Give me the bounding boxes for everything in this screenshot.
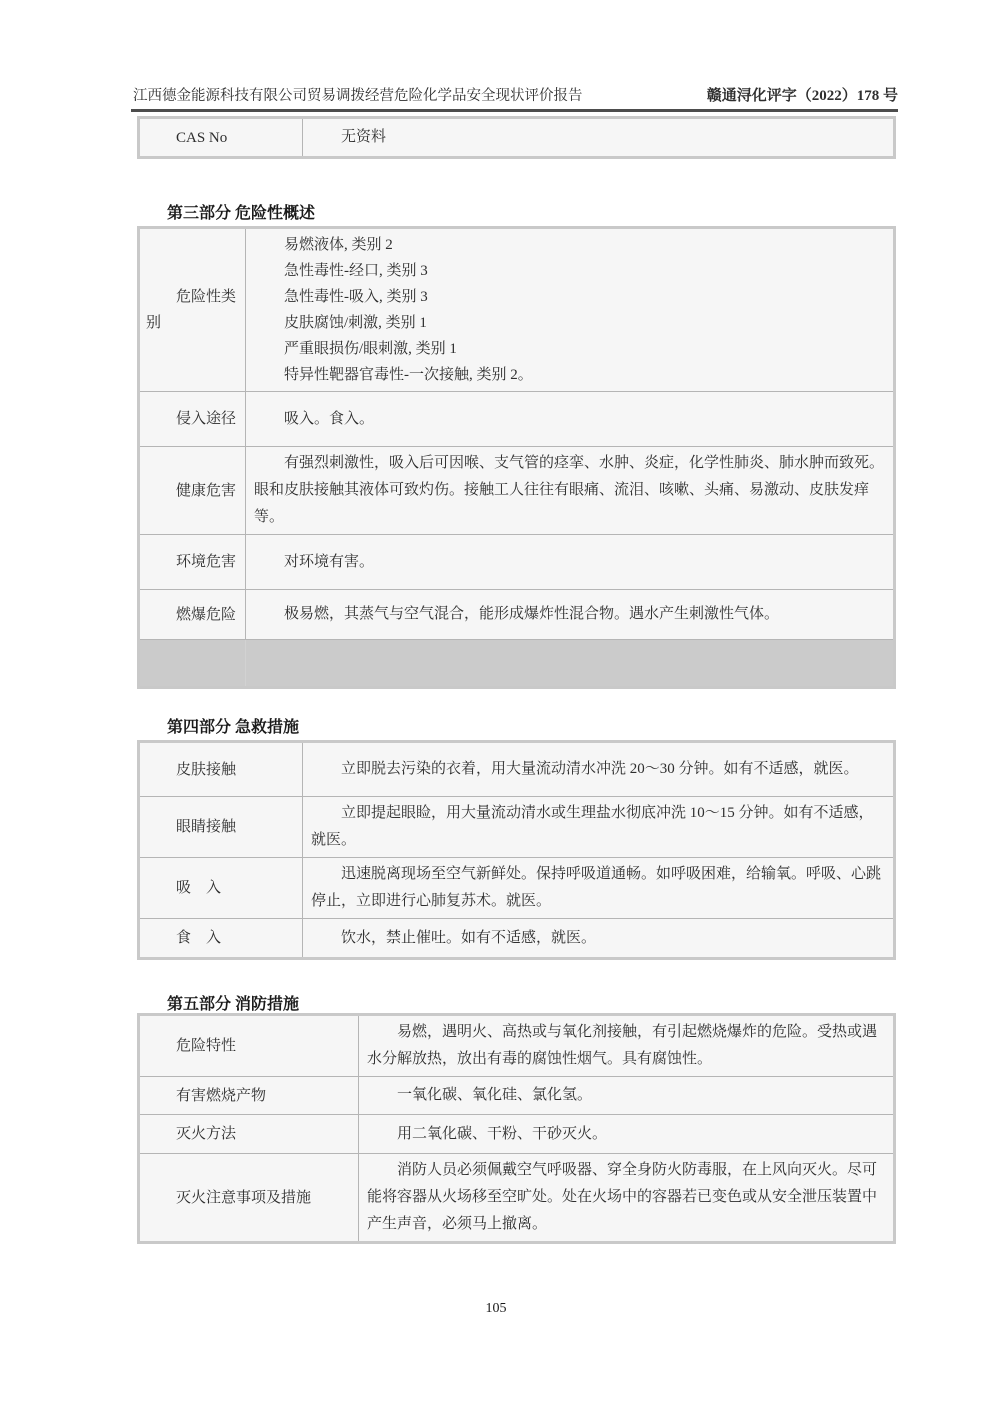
- row-label-cell: 眼睛接触: [139, 797, 303, 858]
- header-report-number: 赣通浔化评字（2022）178 号: [707, 84, 898, 105]
- table-row-eye-contact: 眼睛接触 立即提起眼睑，用大量流动清水或生理盐水彻底冲洗 10～15 分钟。如有…: [139, 797, 895, 858]
- row-content-cell: 吸入。食入。: [246, 392, 895, 447]
- row-content-cell: 消防人员必须佩戴空气呼吸器、穿全身防火防毒服，在上风向灭火。尽可能将容器从火场移…: [359, 1154, 895, 1243]
- row-content-cell: 极易燃，其蒸气与空气混合，能形成爆炸性混合物。遇水产生刺激性气体。: [246, 590, 895, 640]
- hazard-overview-table: 危险性类别 易燃液体, 类别 2 急性毒性-经口, 类别 3 急性毒性-吸入, …: [137, 226, 896, 689]
- row-text: 用二氧化碳、干粉、干砂灭火。: [367, 1121, 885, 1148]
- table-row-hazard-category: 危险性类别 易燃液体, 类别 2 急性毒性-经口, 类别 3 急性毒性-吸入, …: [139, 228, 895, 392]
- row-text: 吸入。食入。: [254, 406, 885, 433]
- row-content-cell: 立即提起眼睑，用大量流动清水或生理盐水彻底冲洗 10～15 分钟。如有不适感，就…: [303, 797, 895, 858]
- row-label-cell: 灭火注意事项及措施: [139, 1154, 359, 1243]
- hazard-line: 特异性靶器官毒性-一次接触, 类别 2。: [254, 362, 885, 388]
- hazard-line: 易燃液体, 类别 2: [254, 232, 885, 258]
- row-text: 立即脱去污染的衣着，用大量流动清水冲洗 20～30 分钟。如有不适感，就医。: [311, 756, 885, 783]
- table-row-environment-hazard: 环境危害 对环境有害。: [139, 535, 895, 590]
- hazard-line: 严重眼损伤/眼刺激, 类别 1: [254, 336, 885, 362]
- page-header: 江西德金能源科技有限公司贸易调拨经营危险化学品安全现状评价报告 赣通浔化评字（2…: [133, 84, 898, 105]
- row-content-cell: 易燃，遇明火、高热或与氧化剂接触，有引起燃烧爆炸的危险。受热或遇水分解放热，放出…: [359, 1015, 895, 1077]
- row-content-cell: 对环境有害。: [246, 535, 895, 590]
- cas-value-text: 无资料: [311, 124, 885, 151]
- row-content-cell: 有强烈刺激性，吸入后可因喉、支气管的痉挛、水肿、炎症，化学性肺炎、肺水肿而致死。…: [246, 447, 895, 535]
- table-row-entry-route: 侵入途径 吸入。食入。: [139, 392, 895, 447]
- table-row-hazard-characteristics: 危险特性 易燃，遇明火、高热或与氧化剂接触，有引起燃烧爆炸的危险。受热或遇水分解…: [139, 1015, 895, 1077]
- row-text: 饮水，禁止催吐。如有不适感，就医。: [311, 925, 885, 952]
- cas-value-cell: 无资料: [303, 118, 895, 158]
- row-label-cell: 灭火方法: [139, 1115, 359, 1154]
- row-content-cell: 用二氧化碳、干粉、干砂灭火。: [359, 1115, 895, 1154]
- table-row-extinguishing-precautions: 灭火注意事项及措施 消防人员必须佩戴空气呼吸器、穿全身防火防毒服，在上风向灭火。…: [139, 1154, 895, 1243]
- table-row-inhalation: 吸 入 迅速脱离现场至空气新鲜处。保持呼吸道通畅。如呼吸困难，给输氧。呼吸、心跳…: [139, 858, 895, 919]
- row-label-cell: 危险特性: [139, 1015, 359, 1077]
- table-row-extinguishing-method: 灭火方法 用二氧化碳、干粉、干砂灭火。: [139, 1115, 895, 1154]
- row-content-cell: 一氧化碳、氧化硅、氯化氢。: [359, 1077, 895, 1115]
- row-text: 一氧化碳、氧化硅、氯化氢。: [367, 1082, 885, 1109]
- row-label-cell: 燃爆危险: [139, 590, 246, 640]
- row-label-cell: 侵入途径: [139, 392, 246, 447]
- row-text: 极易燃，其蒸气与空气混合，能形成爆炸性混合物。遇水产生刺激性气体。: [254, 601, 885, 628]
- row-label-cell: 皮肤接触: [139, 742, 303, 797]
- table-row-skin-contact: 皮肤接触 立即脱去污染的衣着，用大量流动清水冲洗 20～30 分钟。如有不适感，…: [139, 742, 895, 797]
- section3-title: 第三部分 危险性概述: [167, 200, 315, 223]
- row-content-cell: 饮水，禁止催吐。如有不适感，就医。: [303, 919, 895, 959]
- table-row-combustion-products: 有害燃烧产物 一氧化碳、氧化硅、氯化氢。: [139, 1077, 895, 1115]
- header-rule: [131, 109, 898, 112]
- row-text: 迅速脱离现场至空气新鲜处。保持呼吸道通畅。如呼吸困难，给输氧。呼吸、心跳停止，立…: [311, 861, 885, 915]
- row-content-cell: 立即脱去污染的衣着，用大量流动清水冲洗 20～30 分钟。如有不适感，就医。: [303, 742, 895, 797]
- hazard-line: 急性毒性-吸入, 类别 3: [254, 284, 885, 310]
- header-report-title: 江西德金能源科技有限公司贸易调拨经营危险化学品安全现状评价报告: [133, 84, 583, 105]
- section4-title: 第四部分 急救措施: [167, 714, 299, 737]
- spacer-cell: [246, 640, 895, 688]
- table-row-explosion-hazard: 燃爆危险 极易燃，其蒸气与空气混合，能形成爆炸性混合物。遇水产生刺激性气体。: [139, 590, 895, 640]
- hazard-line: 皮肤腐蚀/刺激, 类别 1: [254, 310, 885, 336]
- row-content-cell: 迅速脱离现场至空气新鲜处。保持呼吸道通畅。如呼吸困难，给输氧。呼吸、心跳停止，立…: [303, 858, 895, 919]
- document-page: 江西德金能源科技有限公司贸易调拨经营危险化学品安全现状评价报告 赣通浔化评字（2…: [0, 0, 992, 1403]
- table-row-health-hazard: 健康危害 有强烈刺激性，吸入后可因喉、支气管的痉挛、水肿、炎症，化学性肺炎、肺水…: [139, 447, 895, 535]
- row-label-cell: 食 入: [139, 919, 303, 959]
- table-row-spacer: [139, 640, 895, 688]
- page-number: 105: [0, 1301, 992, 1317]
- table-row: CAS No 无资料: [139, 118, 895, 158]
- row-text: 有强烈刺激性，吸入后可因喉、支气管的痉挛、水肿、炎症，化学性肺炎、肺水肿而致死。…: [254, 450, 885, 531]
- fire-fighting-table: 危险特性 易燃，遇明火、高热或与氧化剂接触，有引起燃烧爆炸的危险。受热或遇水分解…: [137, 1013, 896, 1244]
- row-label-cell: 健康危害: [139, 447, 246, 535]
- cas-table: CAS No 无资料: [137, 116, 896, 159]
- row-text: 消防人员必须佩戴空气呼吸器、穿全身防火防毒服，在上风向灭火。尽可能将容器从火场移…: [367, 1157, 885, 1238]
- row-label-cell: 危险性类别: [139, 228, 246, 392]
- hazard-line: 急性毒性-经口, 类别 3: [254, 258, 885, 284]
- cas-label-cell: CAS No: [139, 118, 303, 158]
- row-content-cell: 易燃液体, 类别 2 急性毒性-经口, 类别 3 急性毒性-吸入, 类别 3 皮…: [246, 228, 895, 392]
- row-label-cell: 吸 入: [139, 858, 303, 919]
- row-label-cell: 环境危害: [139, 535, 246, 590]
- row-text: 立即提起眼睑，用大量流动清水或生理盐水彻底冲洗 10～15 分钟。如有不适感，就…: [311, 800, 885, 854]
- row-text: 对环境有害。: [254, 549, 885, 576]
- first-aid-table: 皮肤接触 立即脱去污染的衣着，用大量流动清水冲洗 20～30 分钟。如有不适感，…: [137, 740, 896, 960]
- spacer-cell: [139, 640, 246, 688]
- row-label-cell: 有害燃烧产物: [139, 1077, 359, 1115]
- table-row-ingestion: 食 入 饮水，禁止催吐。如有不适感，就医。: [139, 919, 895, 959]
- section5-title: 第五部分 消防措施: [167, 991, 299, 1014]
- row-text: 易燃，遇明火、高热或与氧化剂接触，有引起燃烧爆炸的危险。受热或遇水分解放热，放出…: [367, 1019, 885, 1073]
